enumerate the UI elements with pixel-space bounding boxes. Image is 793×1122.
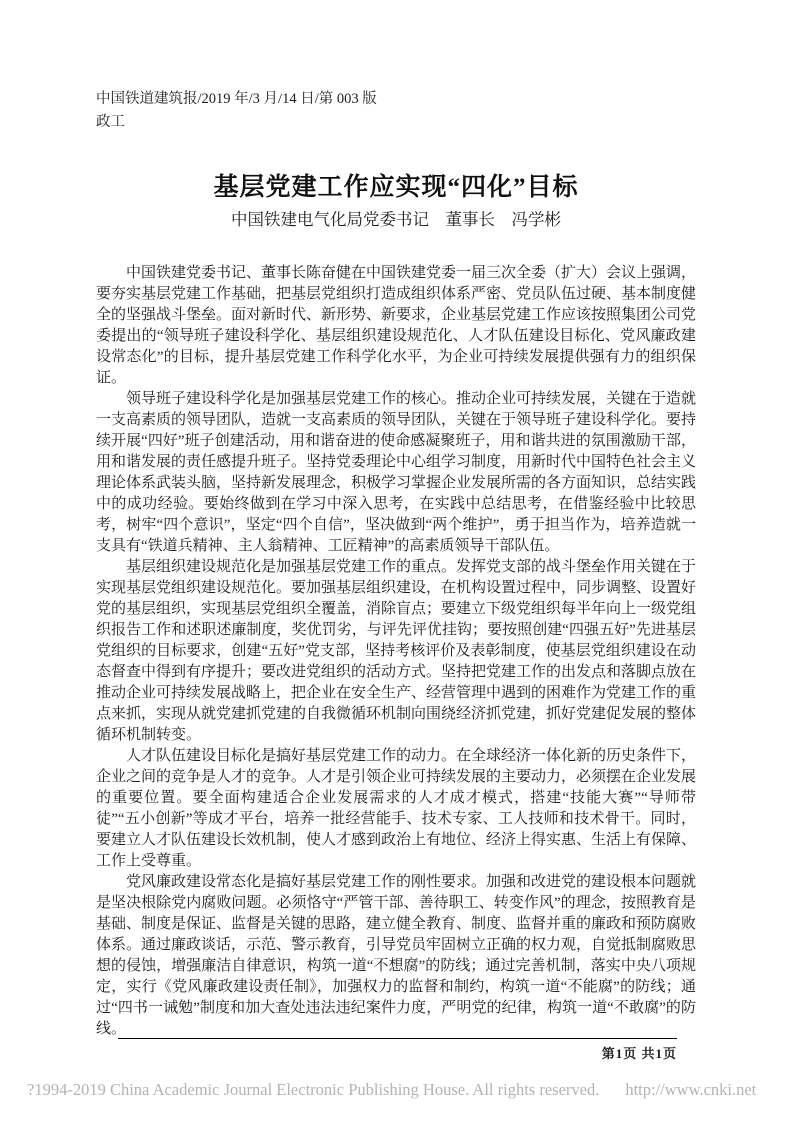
paragraph: 党风廉政建设常态化是搞好基层党建工作的刚性要求。加强和改进党的建设根本问题就是坚… bbox=[96, 872, 696, 1040]
document-page: 中国铁道建筑报/2019 年/3 月/14 日/第 003 版 政工 基层党建工… bbox=[0, 0, 793, 1122]
footer-divider bbox=[118, 1038, 677, 1039]
article-title: 基层党建工作应实现“四化”目标 bbox=[96, 167, 696, 203]
watermark-text: ?1994-2019 China Academic Journal Electr… bbox=[27, 1080, 599, 1099]
paragraph: 人才队伍建设目标化是搞好基层党建工作的动力。在全球经济一体化新的历史条件下，企业… bbox=[96, 746, 696, 872]
article-body: 中国铁建党委书记、董事长陈奋健在中国铁建党委一届三次全委（扩大）会议上强调，要夯… bbox=[96, 263, 696, 1040]
paragraph: 基层组织建设规范化是加强基层党建工作的重点。发挥党支部的战斗堡垒作用关键在于实现… bbox=[96, 557, 696, 746]
document-header: 中国铁道建筑报/2019 年/3 月/14 日/第 003 版 政工 bbox=[96, 88, 696, 134]
paragraph: 中国铁建党委书记、董事长陈奋健在中国铁建党委一届三次全委（扩大）会议上强调，要夯… bbox=[96, 263, 696, 389]
paragraph: 领导班子建设科学化是加强基层党建工作的核心。推动企业可持续发展，关键在于造就一支… bbox=[96, 389, 696, 557]
article-byline: 中国铁建电气化局党委书记 董事长 冯学彬 bbox=[96, 206, 696, 230]
watermark-url: http://www.cnki.net bbox=[625, 1080, 756, 1099]
cnki-copyright-watermark: ?1994-2019 China Academic Journal Electr… bbox=[27, 1080, 767, 1100]
source-line: 中国铁道建筑报/2019 年/3 月/14 日/第 003 版 bbox=[96, 88, 696, 111]
page-number-indicator: 第1页 共1页 bbox=[118, 1043, 677, 1062]
section-label: 政工 bbox=[96, 111, 696, 134]
